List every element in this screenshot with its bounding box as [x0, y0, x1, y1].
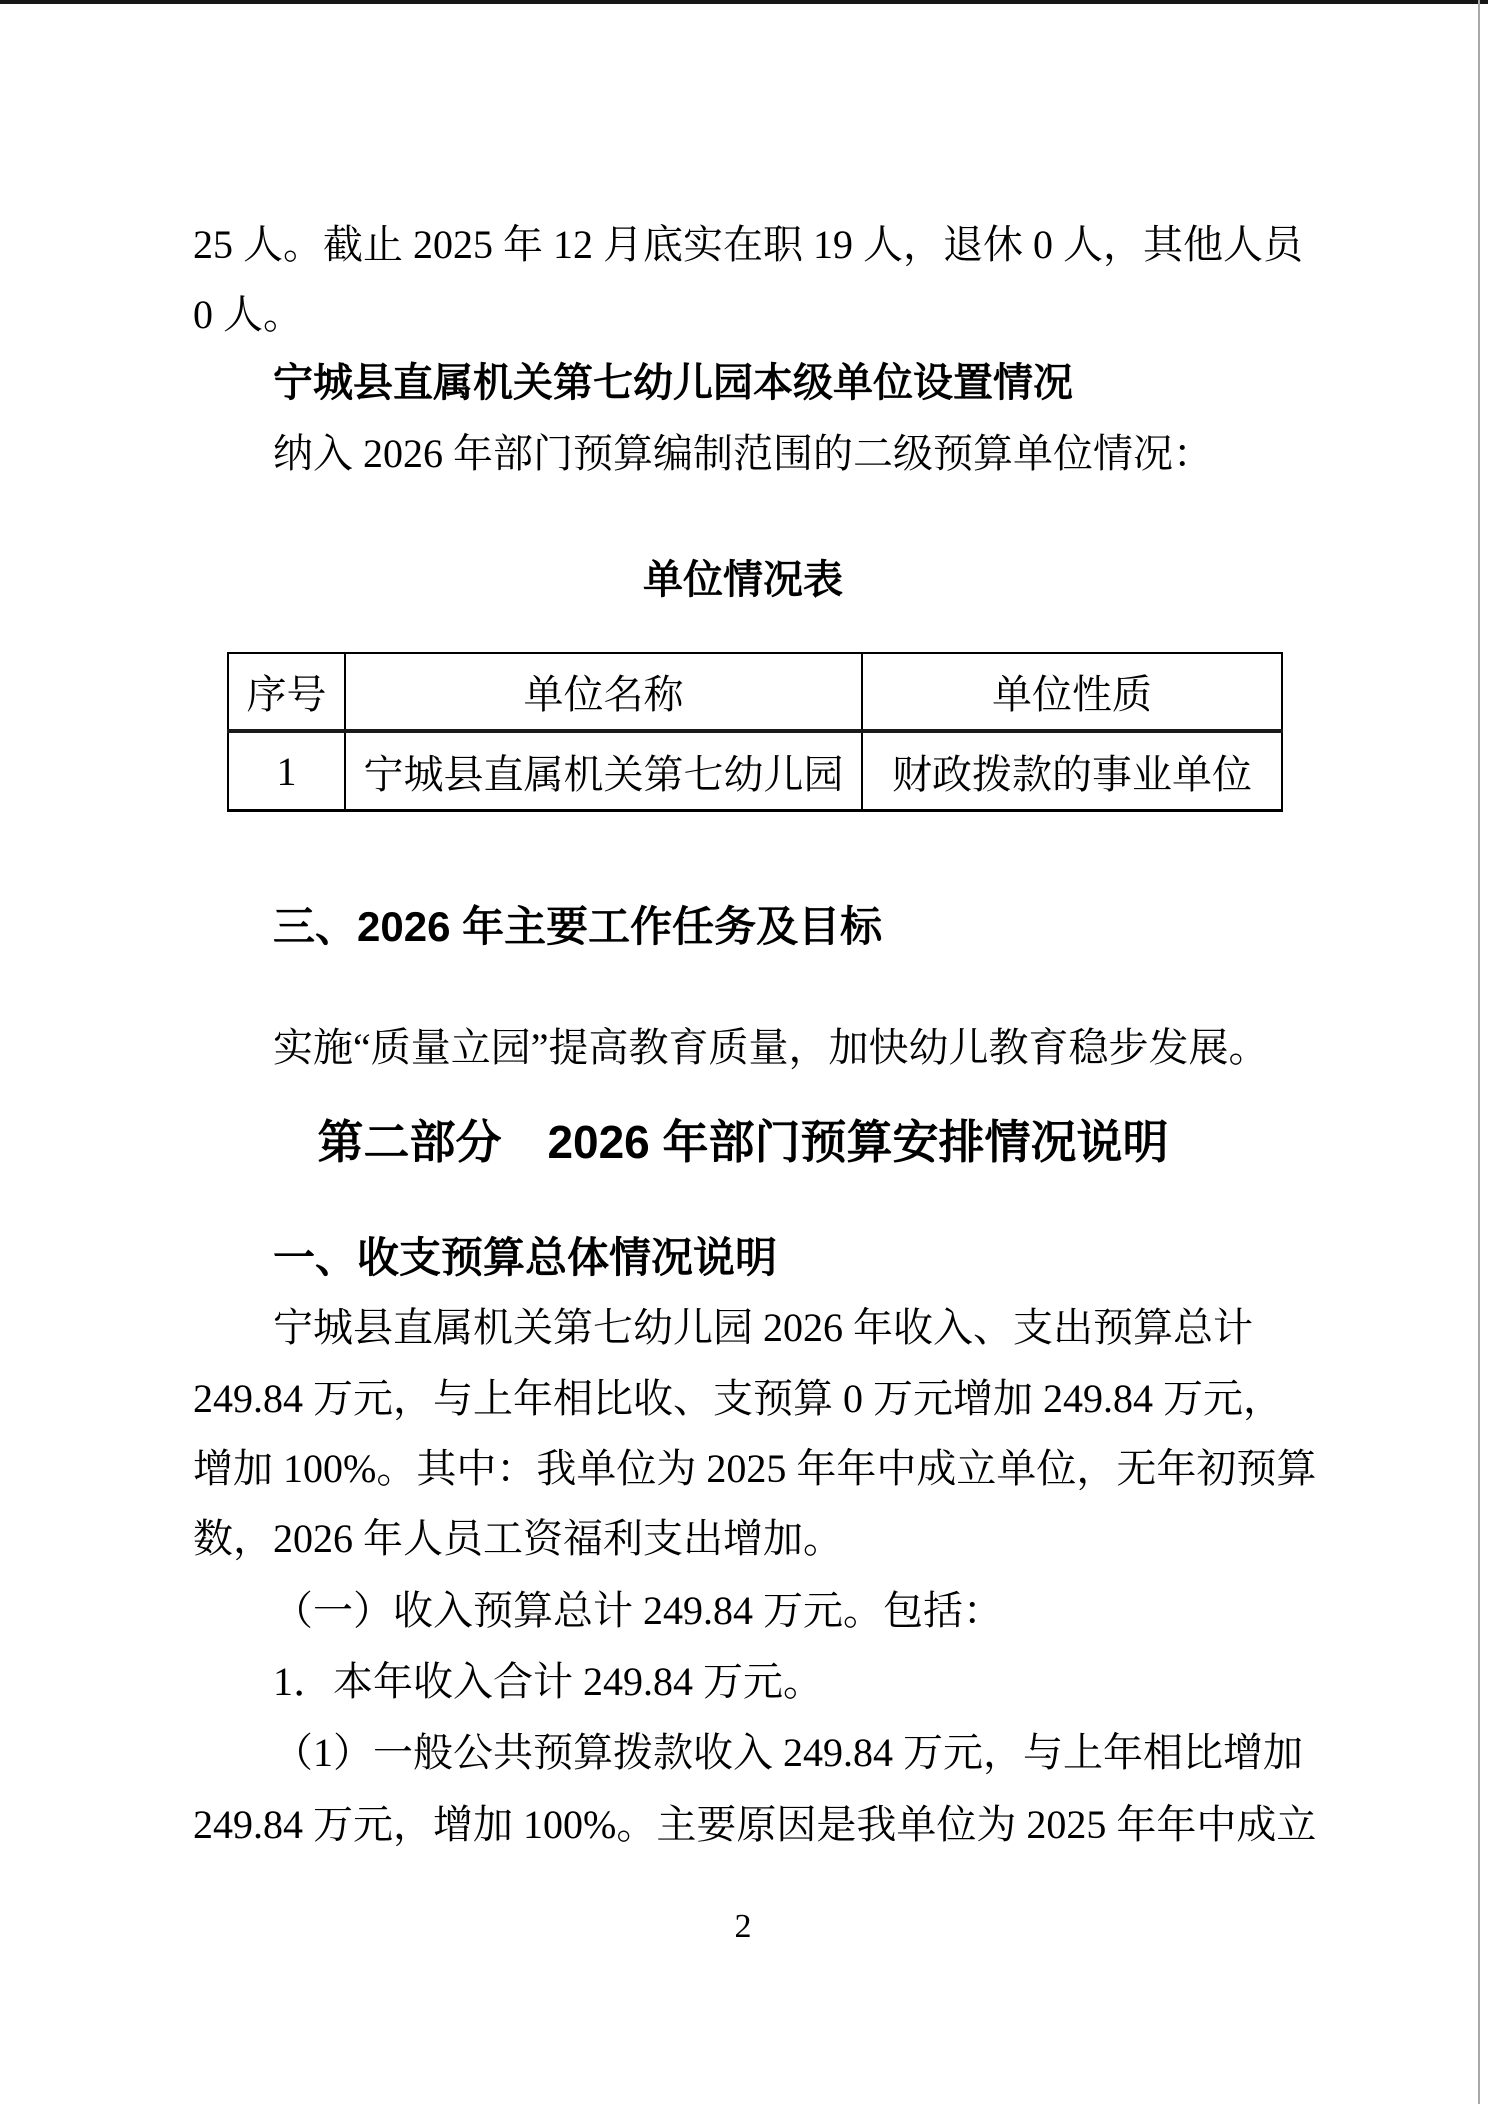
paragraph-tasks: 实施“质量立园”提高教育质量，加快幼儿教育稳步发展。: [273, 1024, 1269, 1072]
paragraph-income-total: （一）收入预算总计 249.84 万元。包括：: [273, 1587, 1003, 1635]
heading-tasks: 三、2026 年主要工作任务及目标: [273, 903, 882, 951]
unit-table-header-row: 序号 单位名称 单位性质: [228, 653, 1282, 731]
unit-table-title: 单位情况表: [193, 556, 1293, 604]
unit-table-header-name: 单位名称: [345, 653, 862, 731]
line-unit-setup: 宁城县直属机关第七幼儿园本级单位设置情况: [273, 359, 1073, 407]
paragraph-overview-line-4: 数，2026 年人员工资福利支出增加。: [193, 1515, 843, 1563]
paragraph-overview-line-3: 增加 100%。其中：我单位为 2025 年年中成立单位，无年初预算: [193, 1445, 1316, 1493]
paragraph-fiscal-line-1: （1）一般公共预算拨款收入 249.84 万元，与上年相比增加: [273, 1729, 1303, 1777]
unit-table-header-type: 单位性质: [862, 653, 1282, 731]
heading-part2: 第二部分 2026 年部门预算安排情况说明: [193, 1118, 1293, 1166]
unit-table-cell-no: 1: [228, 731, 345, 811]
paragraph-staff-line-2: 0 人。: [193, 291, 303, 339]
heading-budget-overview: 一、收支预算总体情况说明: [273, 1234, 777, 1282]
page-top-edge-line: [0, 0, 1488, 4]
paragraph-income-year: 1．本年收入合计 249.84 万元。: [273, 1658, 823, 1706]
paragraph-overview-line-2: 249.84 万元，与上年相比收、支预算 0 万元增加 249.84 万元，: [193, 1375, 1283, 1423]
unit-table: 序号 单位名称 单位性质 1 宁城县直属机关第七幼儿园 财政拨款的事业单位: [227, 652, 1283, 812]
page-number: 2: [193, 1908, 1293, 1946]
unit-table-header-no: 序号: [228, 653, 345, 731]
document-page: 25 人。截止 2025 年 12 月底实在职 19 人，退休 0 人，其他人员…: [0, 0, 1488, 2104]
unit-table-row: 1 宁城县直属机关第七幼儿园 财政拨款的事业单位: [228, 731, 1282, 811]
paragraph-staff-line-1: 25 人。截止 2025 年 12 月底实在职 19 人，退休 0 人，其他人员: [193, 221, 1303, 269]
paragraph-overview-line-1: 宁城县直属机关第七幼儿园 2026 年收入、支出预算总计: [273, 1304, 1253, 1352]
unit-table-cell-type: 财政拨款的事业单位: [862, 731, 1282, 811]
page-right-edge-line: [1478, 0, 1480, 2104]
line-budget-scope: 纳入 2026 年部门预算编制范围的二级预算单位情况：: [273, 430, 1213, 478]
unit-table-cell-name: 宁城县直属机关第七幼儿园: [345, 731, 862, 811]
paragraph-fiscal-line-2: 249.84 万元，增加 100%。主要原因是我单位为 2025 年年中成立: [193, 1801, 1316, 1849]
